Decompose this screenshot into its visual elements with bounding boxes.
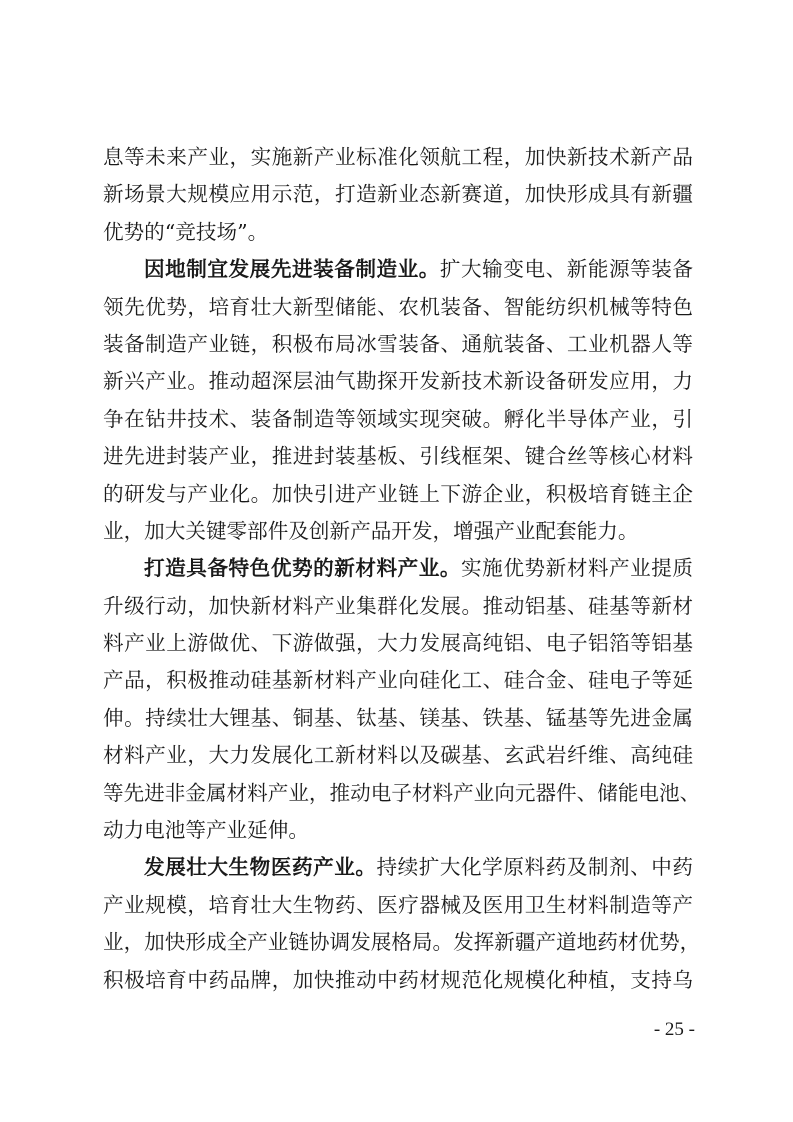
text-line: 等先进非金属材料产业，推动电子材料产业向元器件、储能电池、 [103, 775, 693, 812]
text-line: 材料产业，大力发展化工新材料以及碳基、玄武岩纤维、高纯硅 [103, 737, 693, 774]
text-line: 伸。持续壮大锂基、铜基、钛基、镁基、铁基、锰基等先进金属 [103, 700, 693, 737]
text-line: 新兴产业。推动超深层油气勘探开发新技术新设备研发应用，力 [103, 363, 693, 400]
text-line: 装备制造产业链，积极布局冰雪装备、通航装备、工业机器人等 [103, 326, 693, 363]
document-body: 息等未来产业，实施新产业标准化领航工程，加快新技术新产品 新场景大规模应用示范，… [103, 139, 693, 999]
text-line: 积极培育中药品牌，加快推动中药材规范化规模化种植，支持乌 [103, 962, 693, 999]
page-number: - 25 - [620, 1018, 695, 1042]
paragraph-new-materials: 打造具备特色优势的新材料产业。实施优势新材料产业提质 升级行动，加快新材料产业集… [103, 550, 693, 849]
text-line: 动力电池等产业延伸。 [103, 812, 693, 849]
text-line: 争在钻井技术、装备制造等领域实现突破。孵化半导体产业，引 [103, 401, 693, 438]
text-span: 扩大输变电、新能源等装备 [440, 257, 693, 281]
section-heading: 因地制宜发展先进装备制造业。 [144, 257, 440, 281]
text-span: 持续扩大化学原料药及制剂、中药 [377, 855, 694, 879]
text-span: 实施优势新材料产业提质 [461, 556, 693, 580]
section-heading: 发展壮大生物医药产业。 [144, 855, 377, 879]
text-line: 的研发与产业化。加快引进产业链上下游企业，积极培育链主企 [103, 476, 693, 513]
text-line: 升级行动，加快新材料产业集群化发展。推动铝基、硅基等新材 [103, 588, 693, 625]
paragraph-biomedicine: 发展壮大生物医药产业。持续扩大化学原料药及制剂、中药 产业规模，培育壮大生物药、… [103, 849, 693, 999]
text-line: 领先优势，培育壮大新型储能、农机装备、智能纺织机械等特色 [103, 289, 693, 326]
text-line: 业，加快形成全产业链协调发展格局。发挥新疆产道地药材优势， [103, 924, 693, 961]
section-heading: 打造具备特色优势的新材料产业。 [144, 556, 461, 580]
text-line: 业，加大关键零部件及创新产品开发，增强产业配套能力。 [103, 513, 693, 550]
text-line: 发展壮大生物医药产业。持续扩大化学原料药及制剂、中药 [103, 849, 693, 886]
text-line: 料产业上游做优、下游做强，大力发展高纯铝、电子铝箔等铝基 [103, 625, 693, 662]
text-line: 新场景大规模应用示范，打造新业态新赛道，加快形成具有新疆 [103, 176, 693, 213]
text-line: 进先进封装产业，推进封装基板、引线框架、键合丝等核心材料 [103, 438, 693, 475]
text-line: 产业规模，培育壮大生物药、医疗器械及医用卫生材料制造等产 [103, 887, 693, 924]
text-line: 产品，积极推动硅基新材料产业向硅化工、硅合金、硅电子等延 [103, 662, 693, 699]
text-line: 优势的“竞技场”。 [103, 214, 693, 251]
paragraph-advanced-equipment: 因地制宜发展先进装备制造业。扩大输变电、新能源等装备 领先优势，培育壮大新型储能… [103, 251, 693, 550]
text-line: 因地制宜发展先进装备制造业。扩大输变电、新能源等装备 [103, 251, 693, 288]
text-line: 息等未来产业，实施新产业标准化领航工程，加快新技术新产品 [103, 139, 693, 176]
text-line: 打造具备特色优势的新材料产业。实施优势新材料产业提质 [103, 550, 693, 587]
paragraph-future-industries: 息等未来产业，实施新产业标准化领航工程，加快新技术新产品 新场景大规模应用示范，… [103, 139, 693, 251]
